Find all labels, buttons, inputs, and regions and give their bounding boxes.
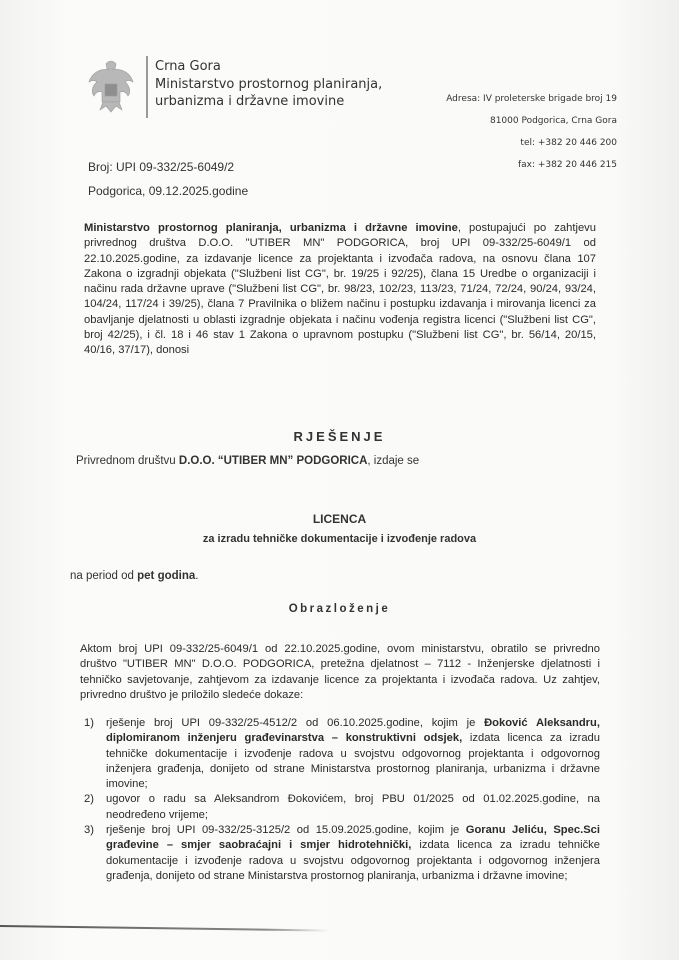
item-text-pre: ugovor o radu sa Aleksandrom Đokovićem, … (106, 793, 600, 820)
reasoning-paragraph: Aktom broj UPI 09-332/25-6049/1 od 22.10… (80, 642, 600, 703)
ministry-name-line1: Ministarstvo prostornog planiranja, (155, 76, 382, 93)
montenegro-coat-of-arms-icon (86, 58, 136, 116)
intro-text: , postupajući po zahtjevu privrednog dru… (84, 222, 596, 356)
list-item-number: 1) (84, 716, 106, 792)
licence-title: LICENCA (0, 512, 679, 526)
item-text-pre: rješenje broj UPI 09-332/25-4512/2 od 06… (106, 717, 484, 729)
list-item-number: 2) (84, 792, 106, 823)
list-item-text: rješenje broj UPI 09-332/25-4512/2 od 06… (106, 716, 600, 792)
header-divider (146, 56, 148, 118)
address-tel: tel: +382 20 446 200 (446, 132, 617, 154)
list-item-text: ugovor o radu sa Aleksandrom Đokovićem, … (106, 792, 600, 823)
country-name: Crna Gora (155, 58, 382, 76)
reference-number: Broj: UPI 09-332/25-6049/2 (88, 155, 248, 179)
address-city: 81000 Podgorica, Crna Gora (446, 110, 617, 132)
scan-edge-line (0, 925, 330, 932)
period-prefix: na period od (70, 570, 137, 582)
place-date: Podgorica, 09.12.2025.godine (88, 179, 248, 203)
period-suffix: . (195, 570, 198, 582)
evidence-list: 1) rješenje broj UPI 09-332/25-4512/2 od… (84, 716, 600, 884)
address-fax: fax: +382 20 446 215 (446, 154, 617, 176)
intro-paragraph: Ministarstvo prostornog planiranja, urba… (84, 221, 596, 359)
document-reference: Broj: UPI 09-332/25-6049/2 Podgorica, 09… (88, 155, 248, 203)
ministry-logo-text: Crna Gora Ministarstvo prostornog planir… (155, 58, 382, 110)
address-street: Adresa: IV proleterske brigade broj 19 (446, 88, 617, 110)
item-text-pre: rješenje broj UPI 09-332/25-3125/2 od 15… (106, 824, 466, 836)
list-item: 1) rješenje broj UPI 09-332/25-4512/2 od… (84, 716, 600, 792)
list-item-number: 3) (84, 823, 106, 884)
recipient-company: D.O.O. “UTIBER MN” PODGORICA (179, 455, 367, 467)
decision-title: RJEŠENJE (0, 429, 679, 444)
licence-subtitle: za izradu tehničke dokumentacije i izvođ… (0, 533, 679, 545)
list-item: 2) ugovor o radu sa Aleksandrom Đokoviće… (84, 792, 600, 823)
period-value: pet godina (137, 570, 195, 582)
intro-bold-lead: Ministarstvo prostornog planiranja, urba… (84, 222, 458, 234)
decision-recipient: Privrednom društvu D.O.O. “UTIBER MN” PO… (76, 455, 419, 467)
reasoning-title: Obrazloženje (0, 603, 679, 615)
ministry-address: Adresa: IV proleterske brigade broj 19 8… (446, 88, 617, 176)
licence-period: na period od pet godina. (70, 570, 198, 582)
list-item-text: rješenje broj UPI 09-332/25-3125/2 od 15… (106, 823, 600, 884)
recipient-suffix: , izdaje se (367, 455, 419, 467)
ministry-name-line2: urbanizma i državne imovine (155, 93, 382, 110)
recipient-prefix: Privrednom društvu (76, 455, 179, 467)
document-page: Crna Gora Ministarstvo prostornog planir… (0, 0, 679, 960)
list-item: 3) rješenje broj UPI 09-332/25-3125/2 od… (84, 823, 600, 884)
